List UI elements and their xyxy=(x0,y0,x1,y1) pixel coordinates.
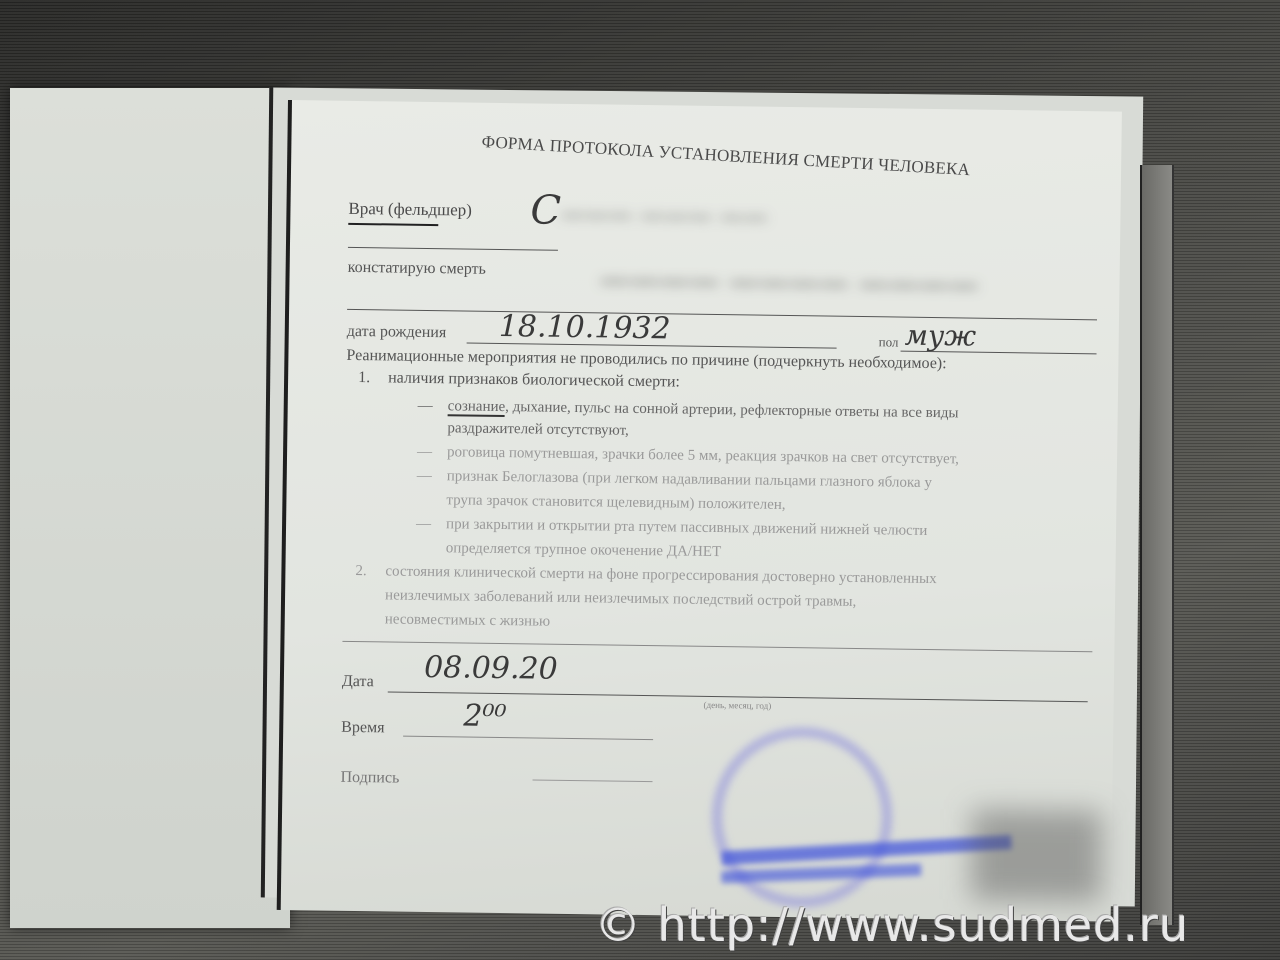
death-line xyxy=(347,309,1097,320)
sign-dash: — xyxy=(418,398,433,415)
doctor-signature-initial: С xyxy=(530,187,561,233)
doctor-line xyxy=(348,247,558,251)
reason2-line3: несовместимых с жизнью xyxy=(385,611,551,630)
reason1-text: наличия признаков биологической смерти: xyxy=(388,369,680,391)
sign-1-underlined: сознание xyxy=(448,398,506,417)
reason2-number: 2. xyxy=(355,563,366,580)
sign-dash: — xyxy=(417,468,432,485)
sign-4-line2: определяется трупное окоченение ДА/НЕТ xyxy=(446,540,722,561)
sign-3-line2: трупа зрачок становится щелевидным) поло… xyxy=(446,492,785,514)
watermark: © http://www.sudmed.ru xyxy=(595,898,1189,952)
reason2-line2: неизлечимых заболеваний или неизлечимых … xyxy=(385,587,856,611)
sex-value: муж xyxy=(905,319,977,353)
signature-label: Подпись xyxy=(340,769,399,788)
sign-2-line1: роговица помутневшая, зрачки более 5 мм,… xyxy=(447,444,959,468)
sign-dash: — xyxy=(417,444,432,461)
form-title: ФОРМА ПРОТОКОЛА УСТАНОВЛЕНИЯ СМЕРТИ ЧЕЛО… xyxy=(481,132,970,180)
birthdate-value: 18.10.1932 xyxy=(499,309,671,346)
signature-line xyxy=(533,779,653,782)
death-label: констатирую смерть xyxy=(348,259,486,279)
sign-4-line1: при закрытии и открытии рта путем пассив… xyxy=(446,516,927,540)
death-protocol-form: ФОРМА ПРОТОКОЛА УСТАНОВЛЕНИЯ СМЕРТИ ЧЕЛО… xyxy=(277,100,1122,922)
doctor-label: Врач (фельдшер) xyxy=(348,199,472,221)
sign-1-line1: сознание, дыхание, пульс на сонной артер… xyxy=(448,398,959,422)
sign-dash: — xyxy=(416,516,431,533)
background-sheet-left xyxy=(10,88,290,928)
sex-label: пол xyxy=(879,334,899,350)
sign-3-line1: признак Белоглазова (при легком надавлив… xyxy=(447,468,932,492)
time-label: Время xyxy=(341,719,385,738)
sex-line xyxy=(901,351,1097,355)
date-value: 08.09.20 xyxy=(424,650,558,687)
time-value: 2⁰⁰ xyxy=(463,699,507,735)
date-hint: (день, месяц, год) xyxy=(704,700,772,711)
reason2-line1: состояния клинической смерти на фоне про… xyxy=(385,563,936,588)
sheet-edge xyxy=(1140,165,1174,925)
doctor-underline-mark xyxy=(348,223,438,226)
birthdate-label: дата рождения xyxy=(347,323,447,342)
reason1-number: 1. xyxy=(358,369,370,387)
doctor-name-redacted: ——— ——— —— xyxy=(560,200,768,231)
sign-1-line2: раздражителей отсутствуют, xyxy=(447,420,629,440)
date-label: Дата xyxy=(342,673,374,691)
sign-1-rest: , дыхание, пульс на сонной артерии, рефл… xyxy=(505,399,959,421)
time-line xyxy=(403,736,653,740)
signature-redacted xyxy=(971,810,1102,902)
deceased-name-redacted: ———— ———— ———— xyxy=(599,262,979,302)
